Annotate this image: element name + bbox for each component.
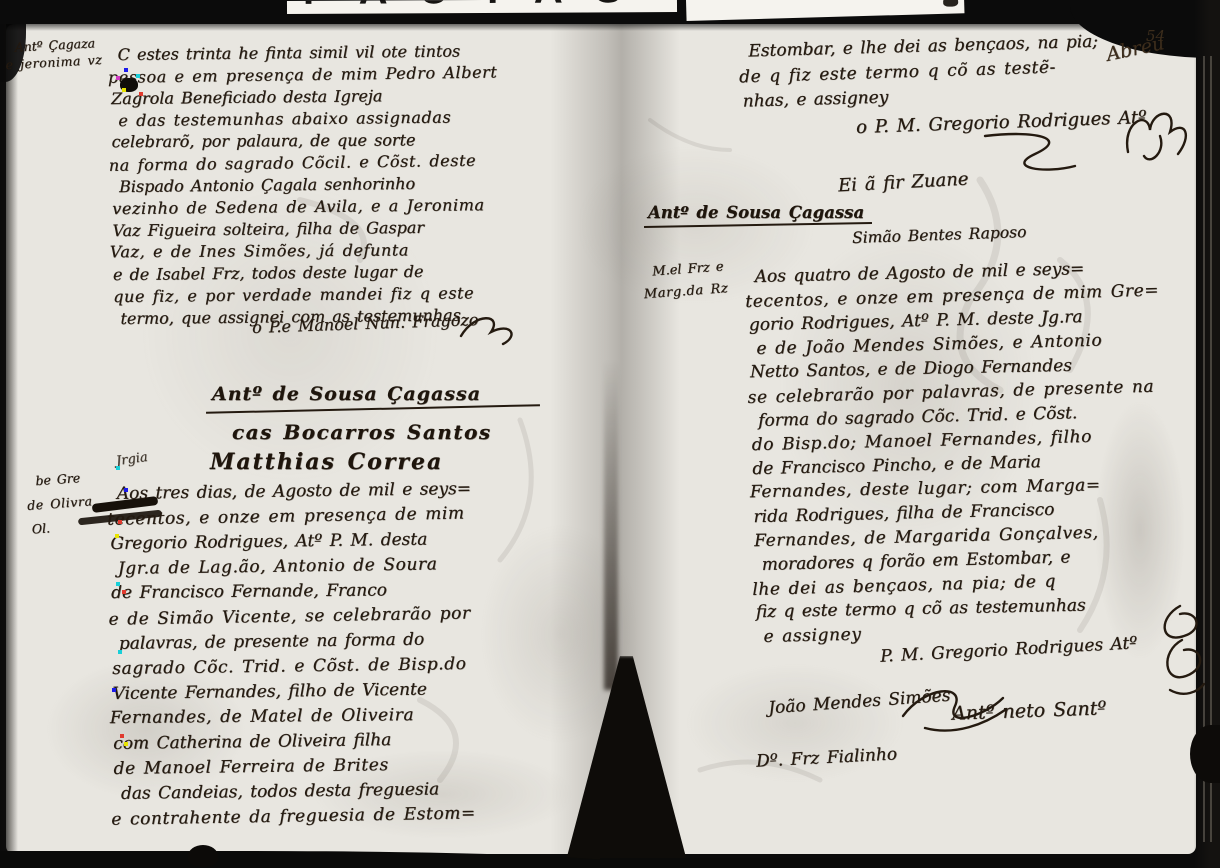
page-edge-top [6,24,1196,31]
artifact-pixel [136,74,140,78]
right-heading: Antº de Sousa Çagassa [648,203,864,222]
artifact-pixel [139,92,143,96]
artifact-pixel [122,88,126,92]
signature-underflourish [975,128,1085,178]
left-margin-note-top: Antº Çagazae jeronima vz [7,33,121,73]
manuscript-photo: PAUTAS 54 Abreu Antº Çagazae jeronima vz… [0,0,1220,868]
right-record: Aos quatro de Agosto de mil e seys=tecen… [747,255,1180,649]
left-heading-3: Matthias Correa [210,449,443,475]
rubric-flourish [455,306,525,351]
left-heading-2: cas Bocarros Santos [232,420,492,444]
left-record-1: C estes trinta he finta simil vil ote ti… [111,40,522,330]
artifact-pixel [118,520,122,524]
artifact-pixel [122,590,126,594]
artifact-pixel [118,650,122,654]
archival-label-strip: PAUTAS [287,0,677,14]
rubric-flourish [1150,600,1212,710]
page-edge-streak [1203,56,1205,842]
photo-bottom-band [600,858,1160,868]
artifact-pixel [116,466,120,470]
artifact-pixel [124,742,128,746]
artifact-pixel [115,534,119,538]
artifact-pixel [116,76,120,80]
right-record-top: Estombar, e lhe dei as bençaos, na pia;d… [741,28,1147,114]
label-text-cropped: PAUTAS [303,0,654,11]
artifact-pixel [116,582,120,586]
artifact-pixel [124,488,128,492]
artifact-pixel [124,68,128,72]
artifact-pixel [120,734,124,738]
artifact-pixel [112,688,116,692]
right-margin-note: M.el Frz eMarg.da Rz [645,254,760,306]
ink-blob-bottom-left [188,845,218,867]
rubric-flourish [1120,92,1200,170]
gutter-crease [604,360,618,690]
left-heading-1: Antº de Sousa Çagassa [212,383,481,405]
label-smudge [943,0,958,7]
page-edge-left [0,24,18,854]
left-record-2: Aos tres dias, de Agosto de mil e seys=t… [110,476,539,832]
